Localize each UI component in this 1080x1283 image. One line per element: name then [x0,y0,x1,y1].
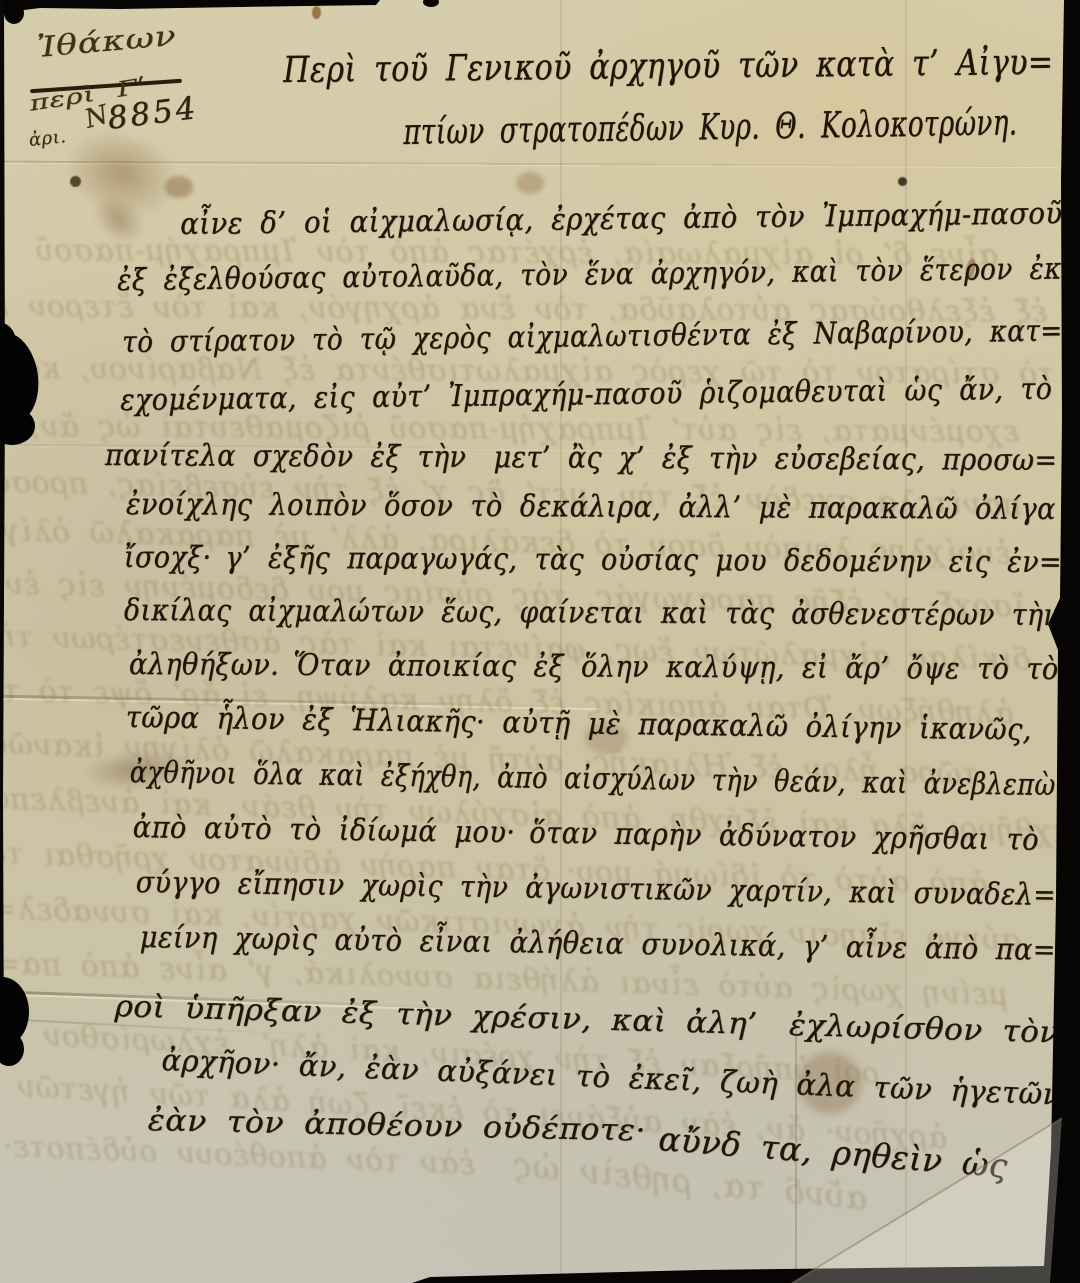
ink-dot-below-title [898,177,907,186]
handwriting-line: ἀληθήξων. Ὅταν ἀποικίας ἐξ ὅλην καλύψῃ, … [129,650,1080,685]
scanned-letter: Ἰθάκων περὶ Γʹ ἀρι. Ν 8854 Περὶ τοῦ Γενι… [0,0,1080,1283]
paper-speck-top [312,6,321,19]
archive-number-label: ἀρι. [28,128,67,150]
archive-number-label-text: ἀρι. [28,128,67,150]
ink-stain-small-right-of-number [165,176,193,198]
handwriting-line-text: ἀληθήξων. Ὅταν ἀποικίας ἐξ ὅλην καλύψῃ, … [129,650,1059,685]
handwriting-line: ἴσοχξ· γ’ ἐξῆς παραγωγάς, τὰς οὐσίας μου… [124,543,1080,578]
title-line-1-text: Περὶ τοῦ Γενικοῦ ἀρχηγοῦ τῶν κατὰ τ’ Αἰγ… [283,45,1054,89]
handwriting-line-text: δικίλας αἰχμαλώτων ἕως, φαίνεται καὶ τὰς… [124,596,1060,631]
title-line-1: Περὶ τοῦ Γενικοῦ ἀρχηγοῦ τῶν κατὰ τ’ Αἰγ… [283,43,1080,89]
handwriting-line-text: ἴσοχξ· γ’ ἐξῆς παραγωγάς, τὰς οὐσίας μου… [124,543,1062,578]
handwriting-line: δικίλας αἰχμαλώτων ἕως, φαίνεται καὶ τὰς… [124,596,1080,632]
title-line-2-text: πτίων στρατοπέδων Κυρ. Θ. Κολοκοτρώνη. [403,105,1018,151]
handwriting-line-text: πανίτελα σχεδὸν ἐξ τὴν μετ’ ἂς χ’ ἐξ τὴν… [105,441,1058,476]
stain-below-title [516,172,544,194]
handwriting-line-text: ἐνοίχλης λοιπὸν ὅσον τὸ δεκάλιρα, ἀλλ’ μ… [126,490,1056,525]
ink-dot-left [70,176,81,187]
handwriting-line: ἐνοίχλης λοιπὸν ὅσον τὸ δεκάλιρα, ἀλλ’ μ… [126,490,1080,525]
handwriting-line: πανίτελα σχεδὸν ἐξ τὴν μετ’ ἂς χ’ ἐξ τὴν… [105,441,1080,477]
